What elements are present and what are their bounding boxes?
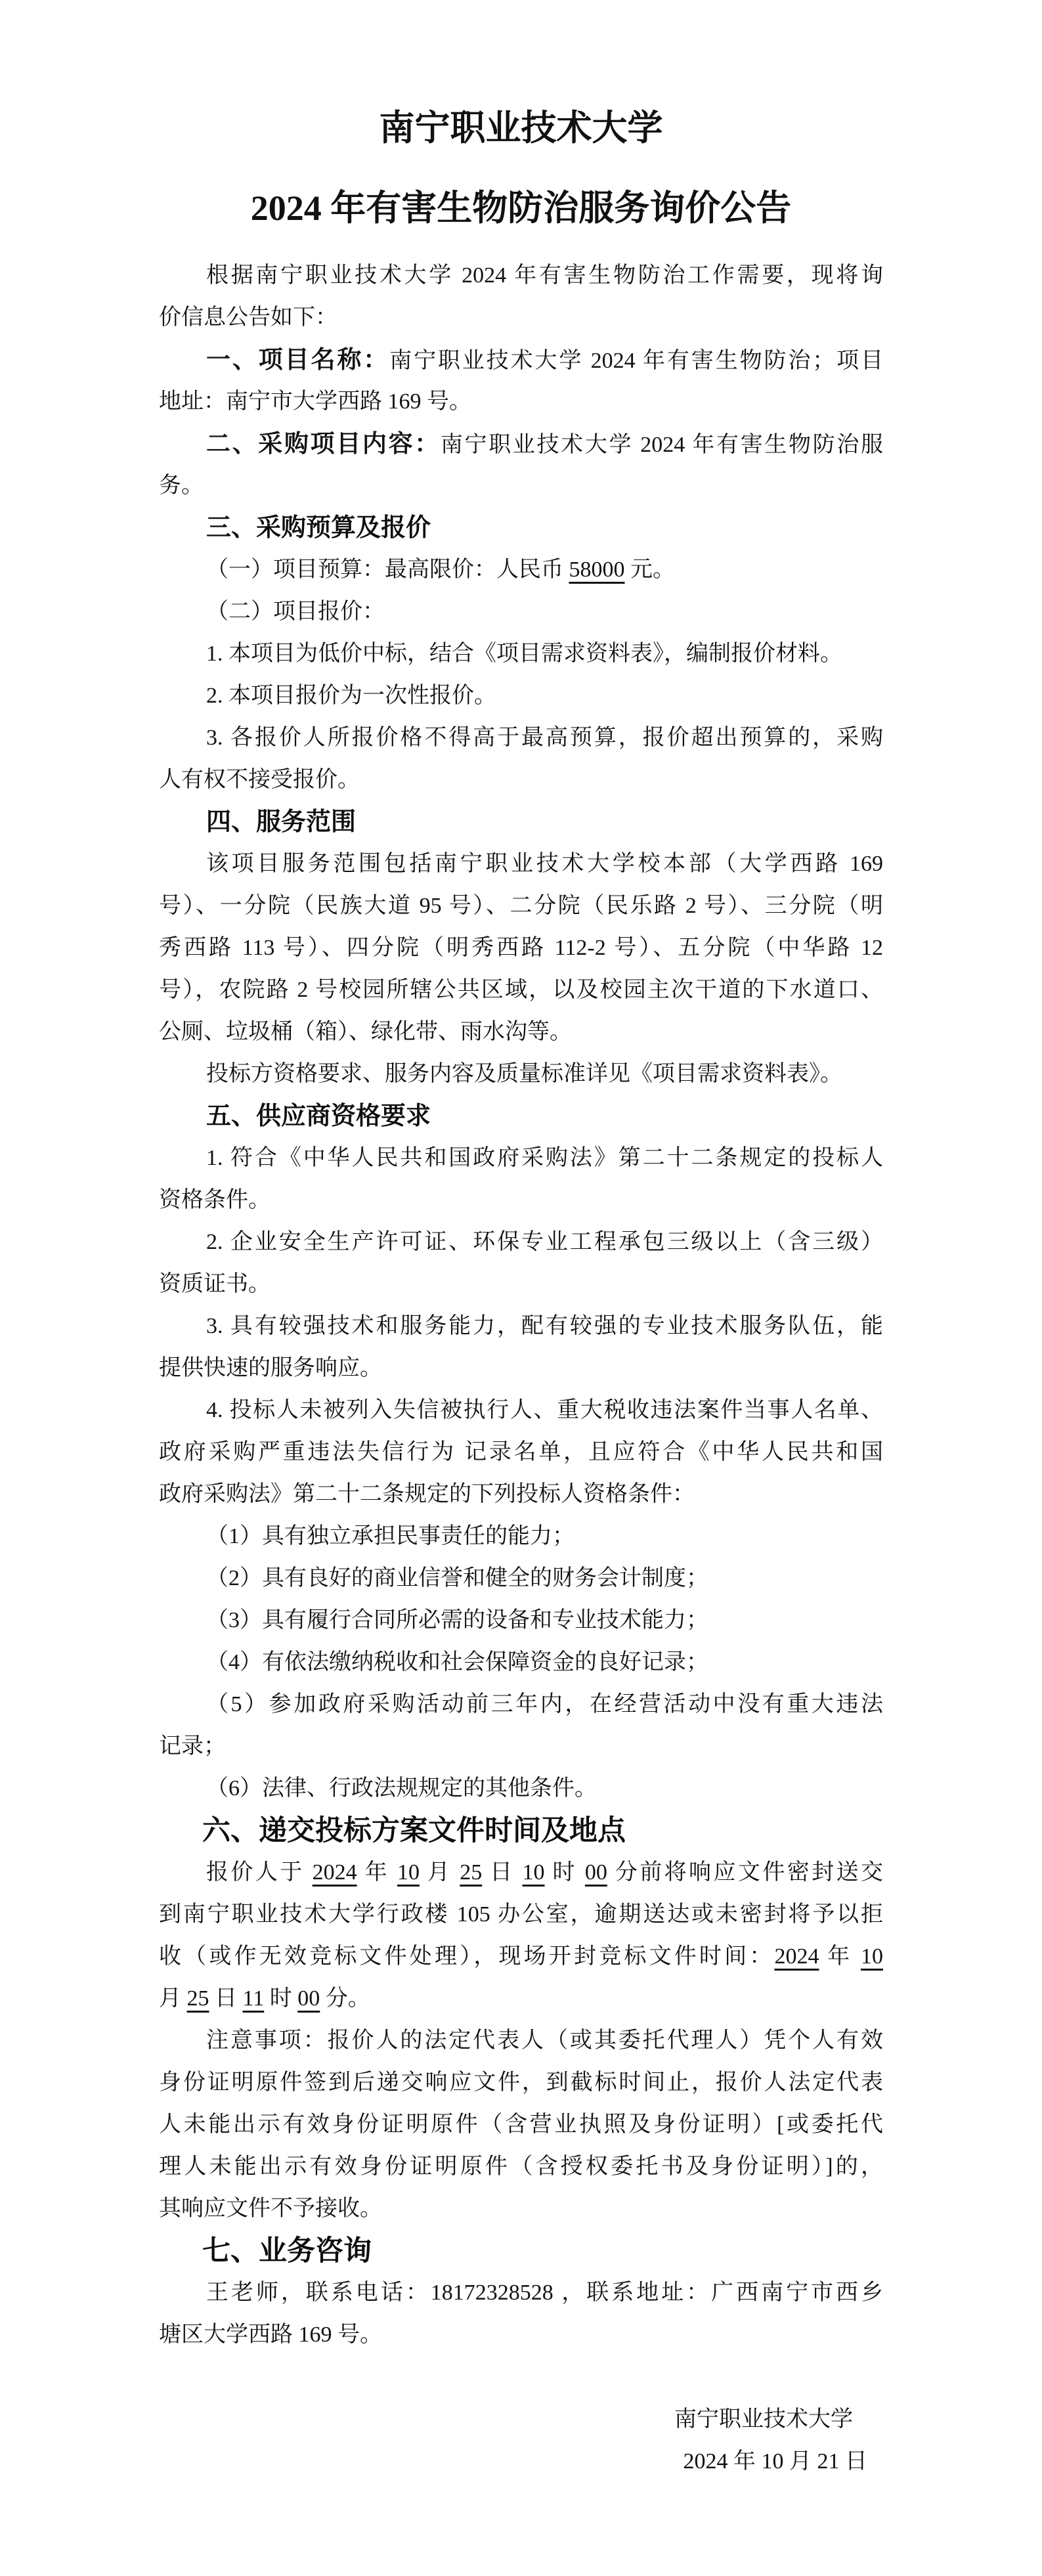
text-line: 人有权不接受报价。 [159, 759, 883, 801]
doc-title-line2: 2024 年有害生物防治服务询价公告 [159, 168, 883, 248]
text-line: 1. 符合《中华人民共和国政府采购法》第二十二条规定的投标人 [159, 1137, 883, 1179]
text-line: （6）法律、行政法规规定的其他条件。 [159, 1768, 883, 1810]
text-line: 政府采购严重违法失信行为 记录名单，且应符合《中华人民共和国 [159, 1431, 883, 1474]
text-line: 一、项目名称：南宁职业技术大学 2024 年有害生物防治；项目 [159, 339, 883, 381]
text-line: 王老师，联系电话：18172328528 ，联系地址：广西南宁市西乡 [159, 2272, 883, 2314]
section-heading-6: 六、递交投标方案文件时间及地点 [159, 1810, 883, 1852]
text-line: 记录； [159, 1726, 883, 1768]
text-line: 2. 本项目报价为一次性报价。 [159, 675, 883, 717]
text-line: 身份证明原件签到后递交响应文件，到截标时间止，报价人法定代表 [159, 2062, 883, 2104]
document-title: 南宁职业技术大学 2024 年有害生物防治服务询价公告 [159, 88, 883, 248]
text-line: 提供快速的服务响应。 [159, 1347, 883, 1389]
section-heading-3: 三、采购预算及报价 [159, 507, 883, 549]
text-line: （5）参加政府采购活动前三年内，在经营活动中没有重大违法 [159, 1684, 883, 1726]
document-content: 南宁职业技术大学 2024 年有害生物防治服务询价公告 根据南宁职业技术大学 2… [159, 0, 883, 2483]
text-line: 政府采购法》第二十二条规定的下列投标人资格条件： [159, 1474, 883, 1516]
text-line: 2. 企业安全生产许可证、环保专业工程承包三级以上（含三级） [159, 1221, 883, 1263]
section-heading-5: 五、供应商资格要求 [159, 1095, 883, 1137]
text-line: 4. 投标人未被列入失信被执行人、重大税收违法案件当事人名单、 [159, 1389, 883, 1431]
text-line: 资质证书。 [159, 1263, 883, 1305]
text-line: （3）具有履行合同所必需的设备和专业技术能力； [159, 1600, 883, 1642]
line-text: 南宁职业技术大学 2024 年有害生物防治；项目 [389, 349, 883, 373]
line-text: 南宁职业技术大学 2024 年有害生物防治服 [441, 433, 883, 457]
text-line: 其响应文件不予接收。 [159, 2188, 883, 2230]
footer-org: 南宁职业技术大学 [159, 2399, 883, 2441]
doc-title-line1: 南宁职业技术大学 [159, 88, 883, 168]
section-heading-4: 四、服务范围 [159, 801, 883, 843]
section-label-1: 一、项目名称： [206, 346, 389, 373]
text-line: 根据南宁职业技术大学 2024 年有害生物防治工作需要，现将询 [159, 255, 883, 297]
text-line: 号），农院路 2 号校园所辖公共区域，以及校园主次干道的下水道口、 [159, 969, 883, 1011]
text-line: 务。 [159, 465, 883, 507]
text-line: （一）项目预算：最高限价：人民币 58000 元。 [159, 549, 883, 591]
document-body: 根据南宁职业技术大学 2024 年有害生物防治工作需要，现将询 价信息公告如下：… [159, 255, 883, 2356]
section-heading-7: 七、业务咨询 [159, 2230, 883, 2272]
text-line: 号）、一分院（民族大道 95 号）、二分院（民乐路 2 号）、三分院（明 [159, 885, 883, 927]
text-line: 到南宁职业技术大学行政楼 105 办公室，逾期送达或未密封将予以拒 [159, 1894, 883, 1936]
text-line: 报价人于 2024 年 10 月 25 日 10 时 00 分前将响应文件密封送… [159, 1852, 883, 1894]
text-line: 该项目服务范围包括南宁职业技术大学校本部（大学西路 169 [159, 843, 883, 885]
text-line: 3. 具有较强技术和服务能力，配有较强的专业技术服务队伍，能 [159, 1305, 883, 1347]
text-line: 二、采购项目内容：南宁职业技术大学 2024 年有害生物防治服 [159, 423, 883, 465]
text-line: 3. 各报价人所报价格不得高于最高预算，报价超出预算的，采购 [159, 717, 883, 759]
text-line: （2）具有良好的商业信誉和健全的财务会计制度； [159, 1558, 883, 1600]
text-line: 理人未能出示有效身份证明原件（含授权委托书及身份证明）]的， [159, 2146, 883, 2188]
text-line: 1. 本项目为低价中标，结合《项目需求资料表》，编制报价材料。 [159, 633, 883, 675]
text-line: 公厕、垃圾桶（箱）、绿化带、雨水沟等。 [159, 1011, 883, 1053]
text-line: 资格条件。 [159, 1179, 883, 1221]
text-line: 投标方资格要求、服务内容及质量标准详见《项目需求资料表》。 [159, 1053, 883, 1095]
text-line: （1）具有独立承担民事责任的能力； [159, 1516, 883, 1558]
text-line: 地址：南宁市大学西路 169 号。 [159, 381, 883, 423]
section-label-2: 二、采购项目内容： [206, 430, 441, 457]
text-line: 塘区大学西路 169 号。 [159, 2314, 883, 2356]
text-line: 月 25 日 11 时 00 分。 [159, 1978, 883, 2020]
footer-date: 2024 年 10 月 21 日 [159, 2441, 883, 2483]
text-line: （二）项目报价： [159, 591, 883, 633]
text-line: 秀西路 113 号）、四分院（明秀西路 112-2 号）、五分院（中华路 12 [159, 927, 883, 969]
text-line: 价信息公告如下： [159, 297, 883, 339]
text-line: 收（或作无效竞标文件处理），现场开封竞标文件时间：2024 年 10 [159, 1936, 883, 1978]
document-page: 南宁职业技术大学 2024 年有害生物防治服务询价公告 根据南宁职业技术大学 2… [0, 0, 1042, 2576]
text-line: 人未能出示有效身份证明原件（含营业执照及身份证明）[或委托代 [159, 2104, 883, 2146]
text-line: （4）有依法缴纳税收和社会保障资金的良好记录； [159, 1642, 883, 1684]
document-footer: 南宁职业技术大学 2024 年 10 月 21 日 [159, 2399, 883, 2483]
text-line: 注意事项：报价人的法定代表人（或其委托代理人）凭个人有效 [159, 2020, 883, 2062]
